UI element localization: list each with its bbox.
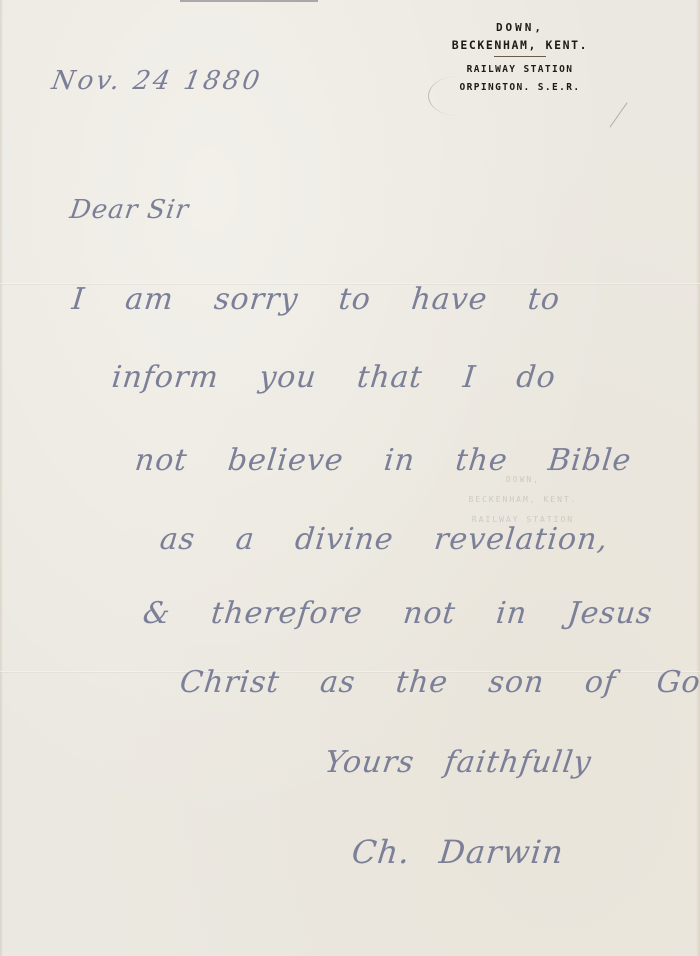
body-line-2: inform you that I do bbox=[110, 360, 557, 395]
pencil-tick-mark bbox=[609, 102, 627, 127]
salutation: Dear Sir bbox=[68, 195, 191, 225]
ghost-line-2: BECKENHAM, KENT. bbox=[438, 490, 608, 510]
handwritten-date: Nov. 24 1880 bbox=[49, 66, 264, 96]
paper-edge-left bbox=[0, 0, 3, 956]
letterhead-line-2: BECKENHAM, KENT. bbox=[432, 36, 608, 54]
body-line-1: I am sorry to have to bbox=[70, 282, 562, 317]
paper-edge-right bbox=[696, 0, 700, 956]
top-pencil-stroke bbox=[180, 0, 318, 2]
letterhead-line-1: DOWN, bbox=[432, 20, 608, 36]
pencil-arc-mark bbox=[428, 76, 489, 116]
body-line-6: Christ as the son of God. bbox=[178, 665, 700, 700]
letterhead-rule bbox=[494, 56, 546, 57]
signature: Ch. Darwin bbox=[350, 833, 566, 871]
ghost-letterhead-imprint: DOWN, BECKENHAM, KENT. RAILWAY STATION bbox=[438, 470, 608, 530]
letter-page: DOWN, BECKENHAM, KENT. RAILWAY STATION O… bbox=[0, 0, 700, 956]
body-line-5: & therefore not in Jesus bbox=[141, 596, 654, 631]
ghost-line-1: DOWN, bbox=[438, 470, 608, 490]
ghost-line-3: RAILWAY STATION bbox=[438, 510, 608, 530]
closing: Yours faithfully bbox=[323, 745, 594, 780]
